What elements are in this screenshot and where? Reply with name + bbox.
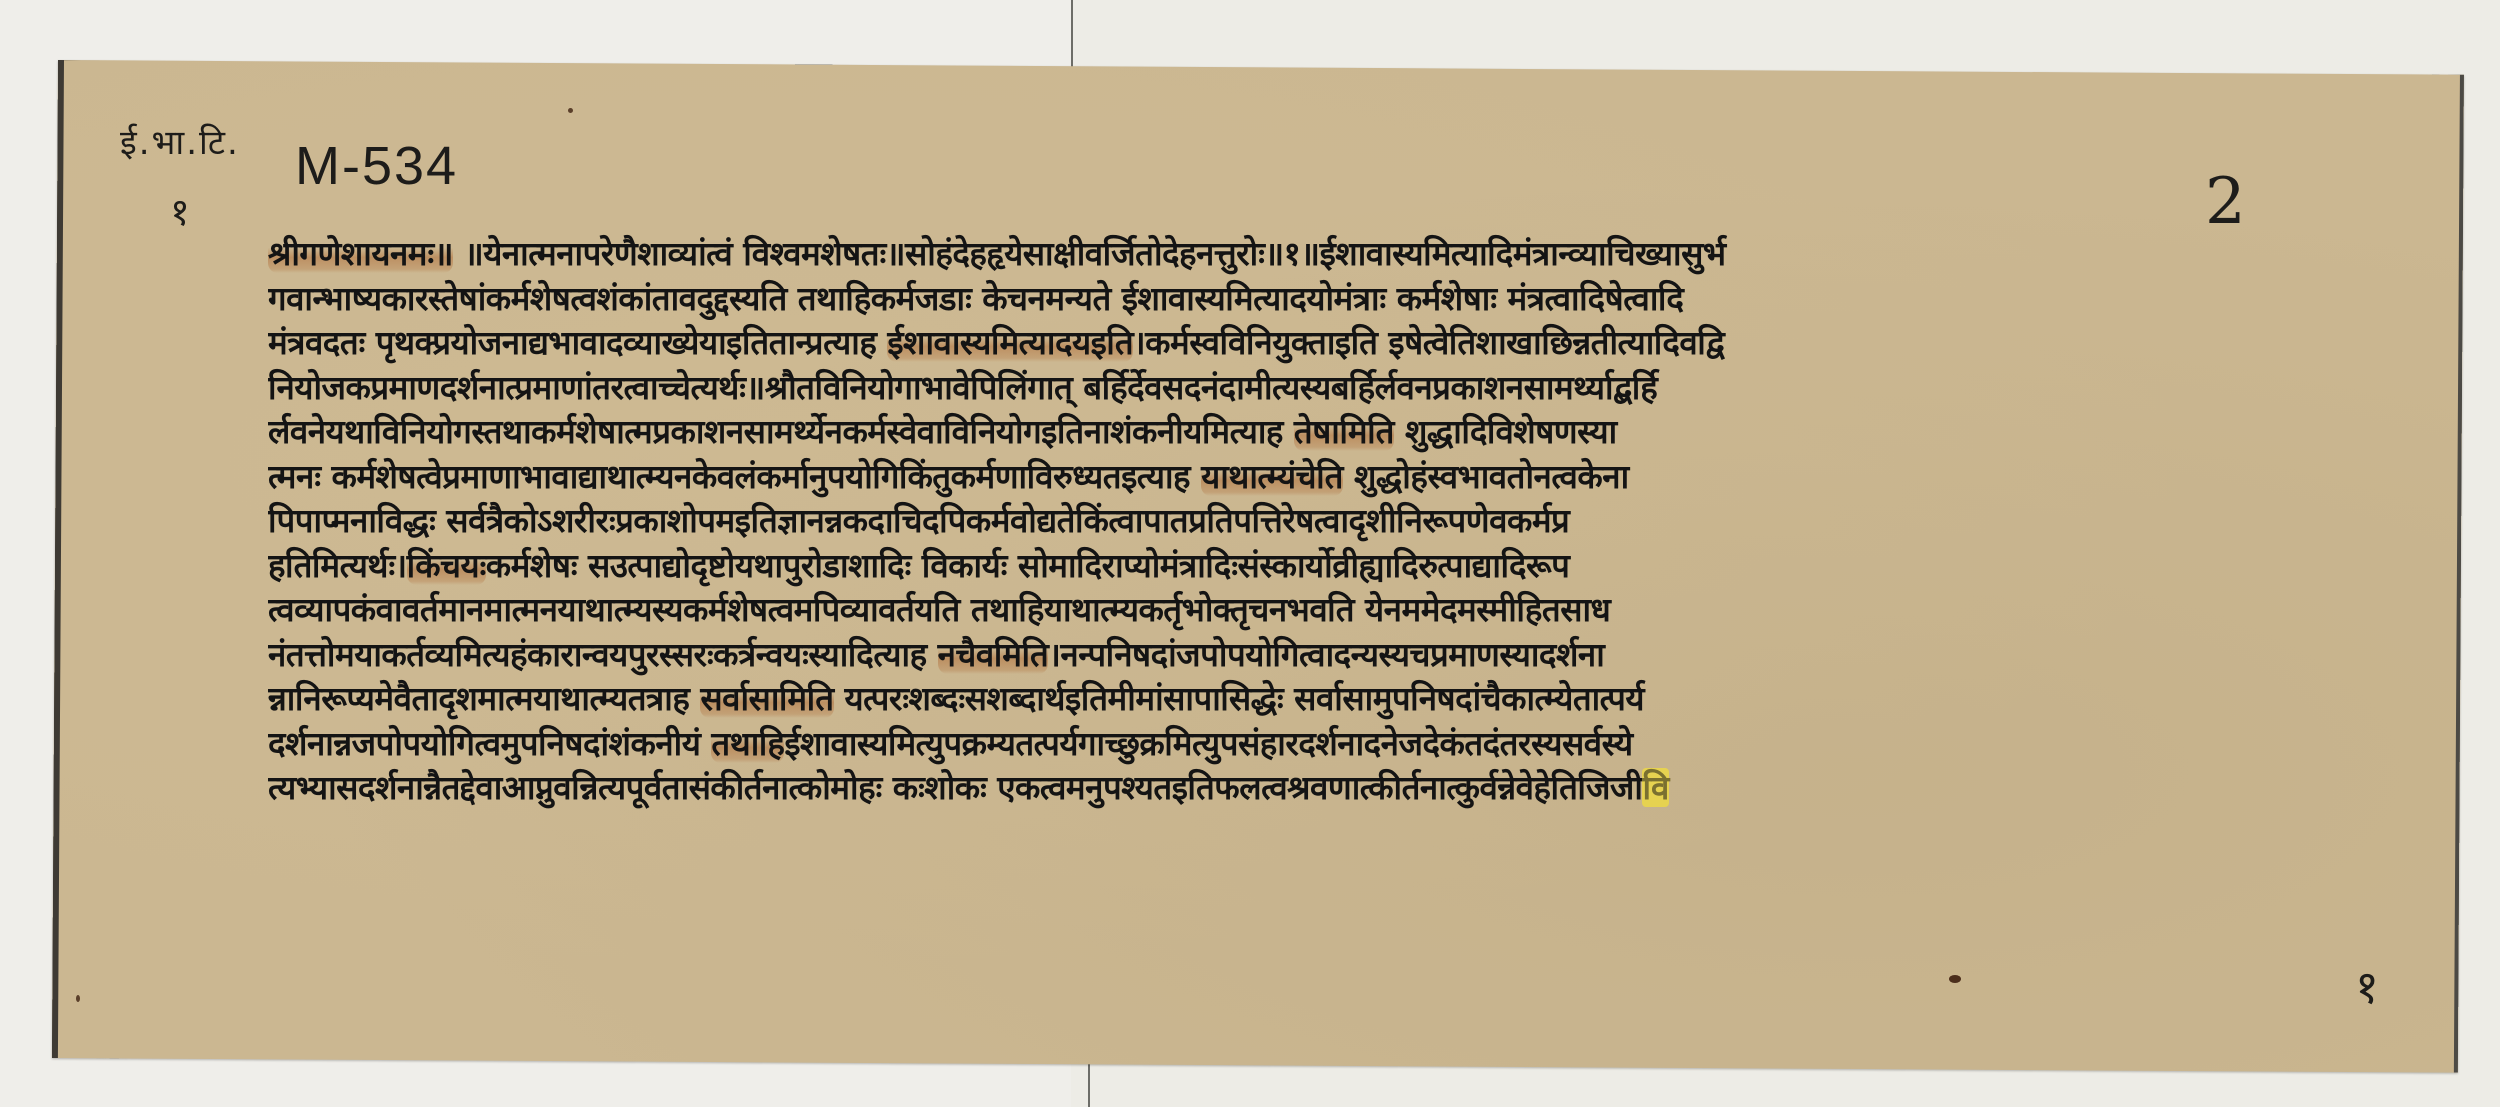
margin-siglum-number: १ xyxy=(170,185,190,237)
rubricated-text: ईशावास्यमित्यादयइति xyxy=(887,323,1133,362)
accession-number: M-534 xyxy=(295,135,458,197)
paper-speck xyxy=(76,995,80,1002)
rubricated-text: तेषामिति xyxy=(1294,412,1394,451)
rubricated-text: किंचयः xyxy=(407,546,486,585)
text-line: पिपाप्मनाविद्धः सर्वत्रैकोऽशरीरःप्रकाशोप… xyxy=(268,499,2258,544)
rubricated-text: तथाहि xyxy=(711,724,784,763)
text-line: हतिमित्यर्थः।किंचयःकर्मशेषः सउत्पाद्योदृ… xyxy=(268,544,2258,589)
text-line: गवान्भाष्यकारस्तेषांकर्मशेषत्वशंकांतावदु… xyxy=(268,277,2258,322)
text-line: नंतत्तोमयाकर्तव्यमित्यहंकारान्वयपुरस्सरः… xyxy=(268,633,2258,678)
text-line: त्यभ्यासदर्शनान्नैतद्देवाआप्नुवन्नित्यपू… xyxy=(268,766,2258,811)
rubricated-text: याथात्म्यंचेति xyxy=(1201,457,1343,496)
text-line: त्मनः कर्मशेषत्वेप्रमाणाभावाद्याथात्म्यन… xyxy=(268,455,2258,500)
yellow-highlight: वि xyxy=(1642,768,1668,807)
text-line: न्नानिरूप्यमेवैतादृशमात्मयाथात्म्यतत्राह… xyxy=(268,677,2258,722)
folio-number: 2 xyxy=(2205,165,2246,239)
text-line: दर्शनान्नजपोपयोगित्वमुपनिषदांशंकनीयं तथा… xyxy=(268,722,2258,767)
text-line: श्रीगणेशायनमः॥ ॥येनात्मनापरेणैशाव्यांत्व… xyxy=(268,232,2258,277)
margin-siglum: ई.भा.टि. xyxy=(120,118,240,164)
text-line: त्वव्यापकंवावर्तमानमात्मनयाथात्म्यस्यकर्… xyxy=(268,588,2258,633)
mount-seam-top xyxy=(1071,0,1073,68)
rubricated-text: नचैवमिति xyxy=(938,635,1049,674)
text-line: नियोजकप्रमाणदर्शनात्प्रमाणांतरत्वाच्चेत्… xyxy=(268,366,2258,411)
text-line: र्लवनेयथाविनियोगस्तथाकर्मशेषात्मप्रकाशनस… xyxy=(268,410,2258,455)
manuscript-text: श्रीगणेशायनमः॥ ॥येनात्मनापरेणैशाव्यांत्व… xyxy=(268,232,2258,811)
ink-blot xyxy=(1949,975,1961,983)
folio-number-bottom: १ xyxy=(2355,955,2379,1017)
paper-speck xyxy=(568,108,573,113)
rubricated-text: श्रीगणेशायनमः॥ xyxy=(268,234,453,273)
text-line: मंत्रवदतः पृथक्प्रयोजनाद्यभावादव्याख्येय… xyxy=(268,321,2258,366)
rubricated-text: सर्वासामिति xyxy=(700,679,833,718)
